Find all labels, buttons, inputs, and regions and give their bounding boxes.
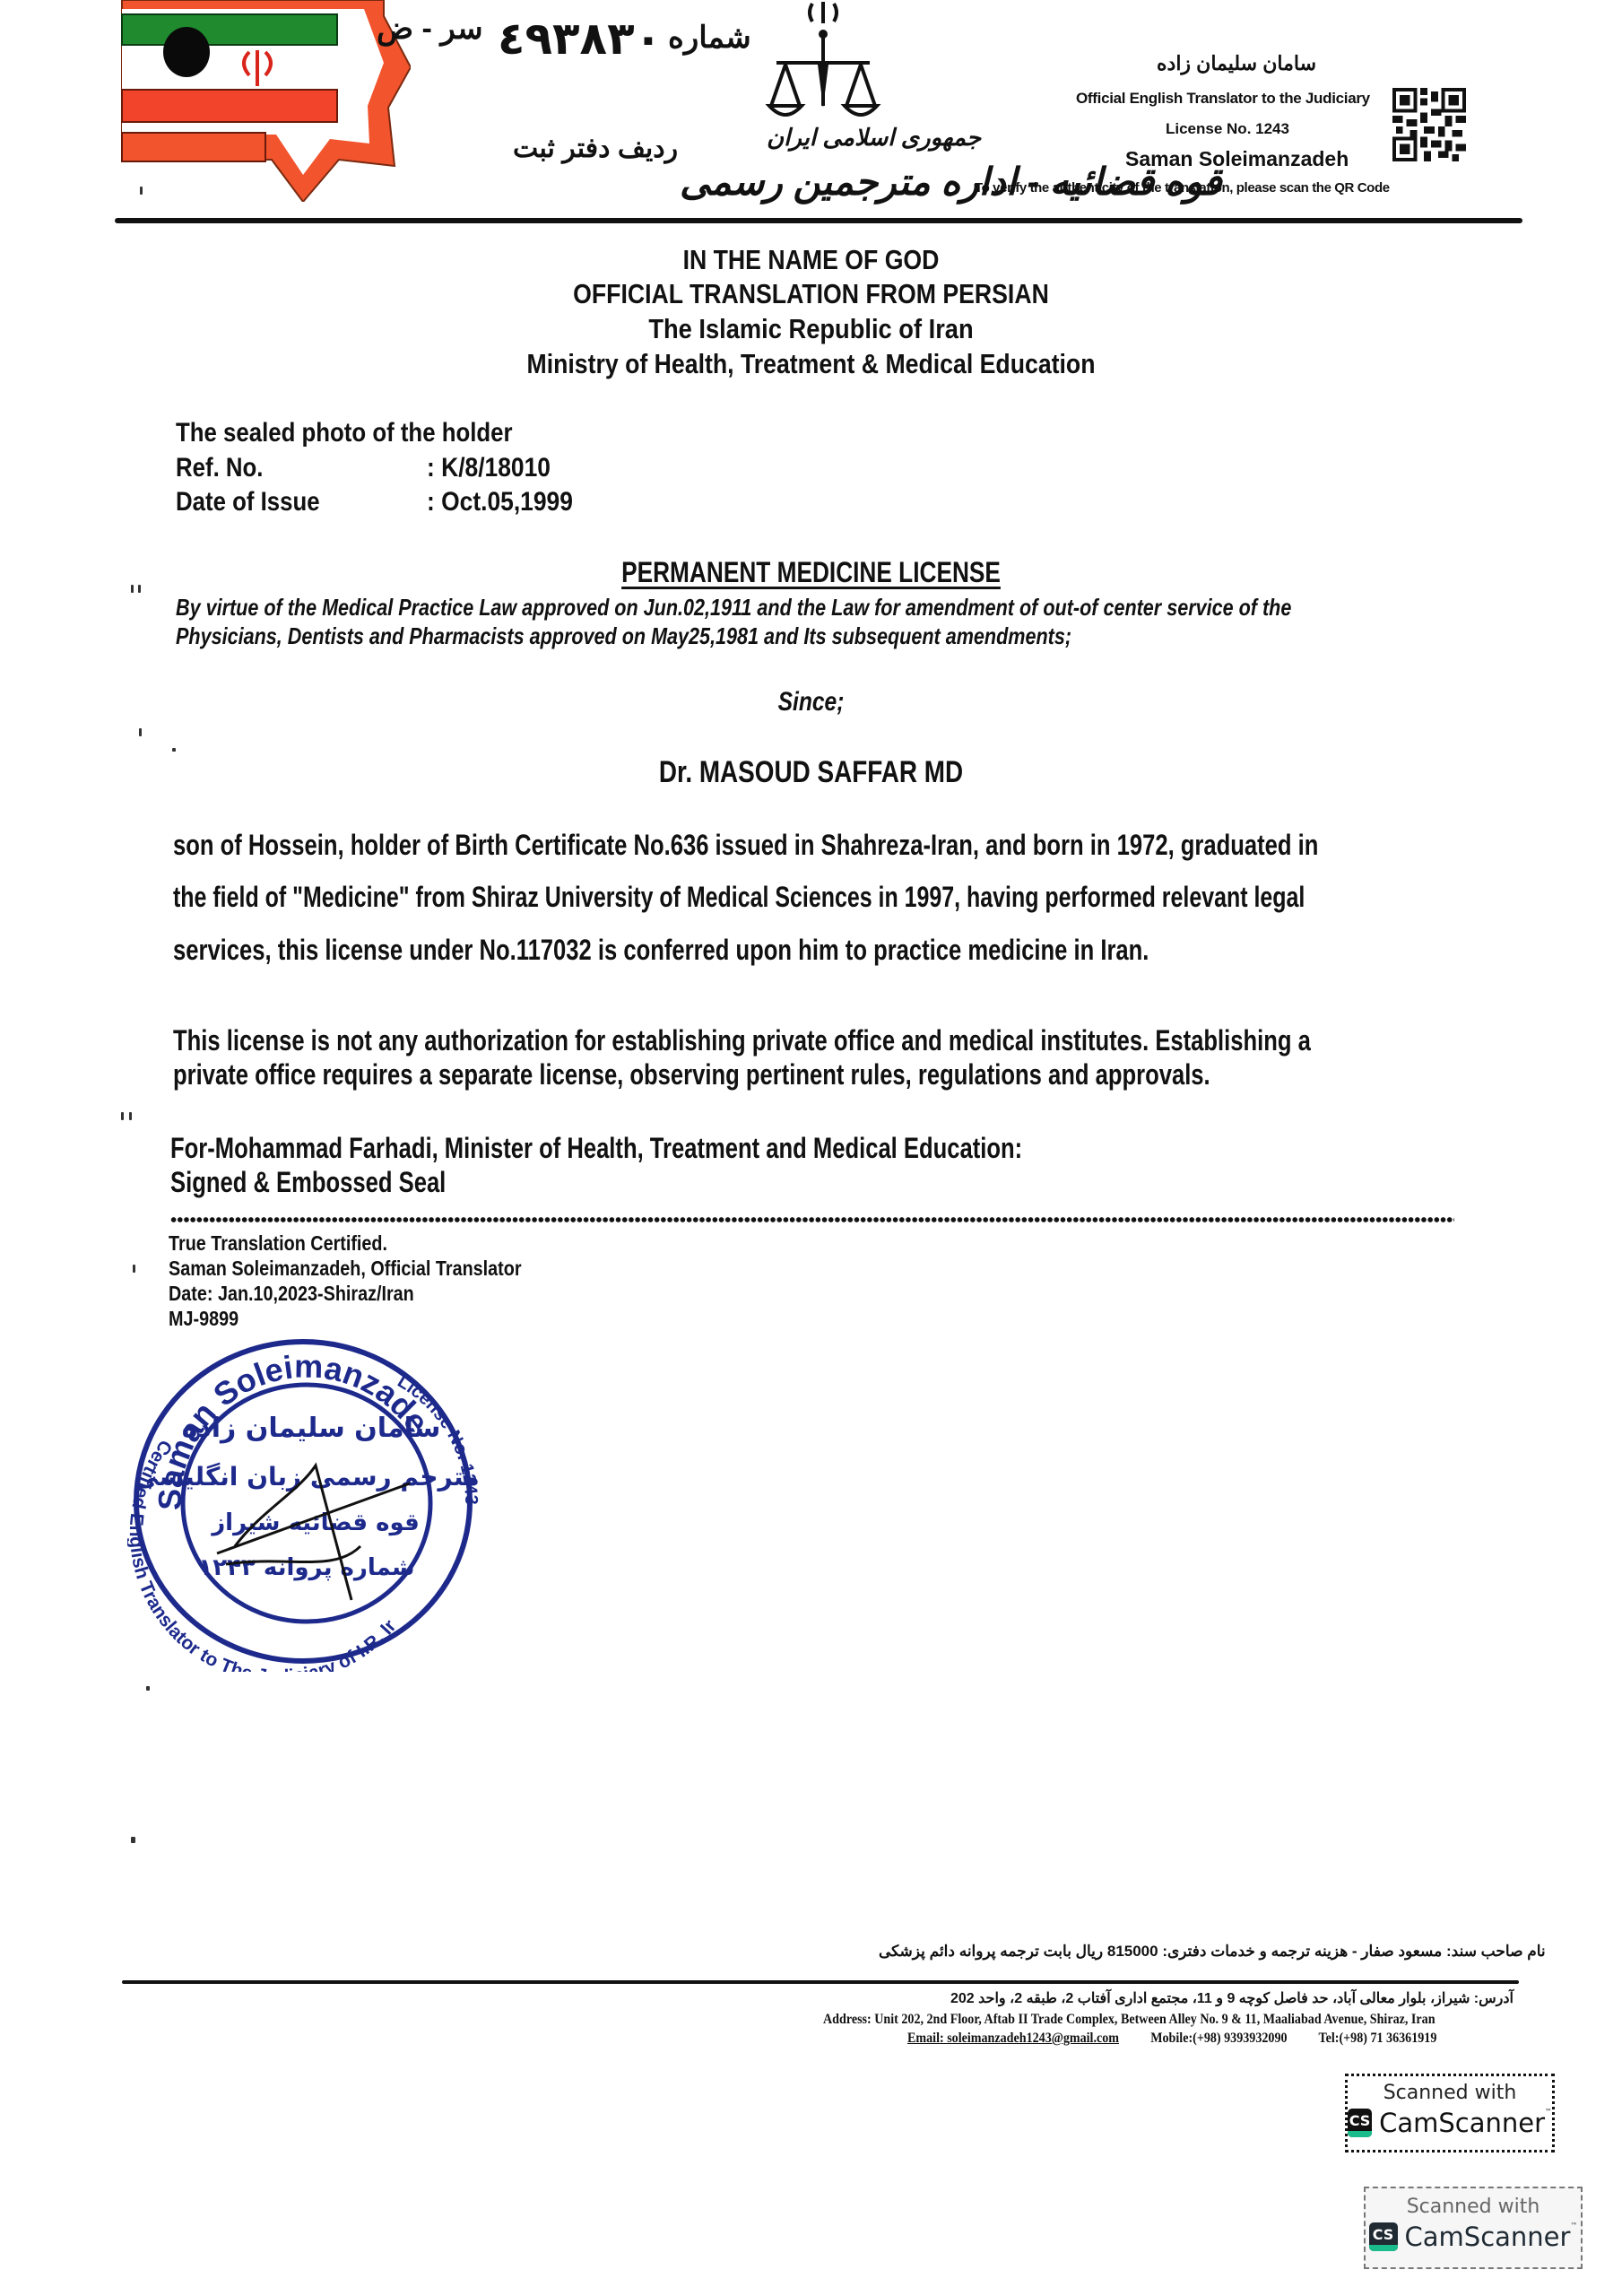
issue-date-label: Date of Issue <box>176 487 320 517</box>
translator-name-fa: سامان سلیمان زاده <box>1157 52 1316 75</box>
margin-mark <box>140 187 143 195</box>
seal-inner-judiciary-fa: قوه قضائیه شیراز <box>210 1509 420 1536</box>
signer-line: For-Mohammad Farhadi, Minister of Health… <box>170 1132 1022 1165</box>
margin-mark <box>138 585 141 593</box>
margin-mark <box>146 1686 150 1691</box>
footer-divider <box>122 1980 1519 1984</box>
certification-date: Date: Jan.10,2023-Shiraz/Iran <box>169 1282 414 1306</box>
seal-inner-license-fa: شماره پروانه ۱۲۴۳ <box>198 1554 414 1581</box>
verify-note: To verify the authenticity of the transl… <box>975 180 1390 196</box>
watermark-caption: Scanned with <box>1348 2082 1552 2104</box>
camscanner-watermark: Scanned with CS CamScanner™ <box>1345 2074 1555 2152</box>
holder-name: Dr. MASOUD SAFFAR MD <box>146 755 1476 790</box>
address-en: Address: Unit 202, 2nd Floor, Aftab II T… <box>823 2012 1436 2028</box>
watermark-caption: Scanned with <box>1366 2196 1581 2218</box>
seal-inner-name-fa: سامان سلیمان زاده <box>182 1413 441 1444</box>
serial-label: شماره <box>668 20 751 56</box>
republic-name-fa: جمهوری اسلامی ایران <box>767 124 981 152</box>
issue-date-value: : Oct.05,1999 <box>427 487 573 517</box>
ref-number-label: Ref. No. <box>176 453 263 483</box>
watermark-brand: CamScanner™ <box>1405 2222 1578 2252</box>
contact-row: Email: soleimanzadeh1243@gmail.com Mobil… <box>907 2031 1436 2047</box>
license-notice-line: This license is not any authorization fo… <box>173 1024 1311 1057</box>
license-body-line: services, this license under No.117032 i… <box>173 934 1149 967</box>
photo-note: The sealed photo of the holder <box>176 418 513 448</box>
license-body-line: son of Hossein, holder of Birth Certific… <box>173 829 1318 862</box>
ministry-title: Ministry of Health, Treatment & Medical … <box>114 348 1509 380</box>
mobile-number: Mobile:(+98) 9393932090 <box>1150 2031 1287 2046</box>
margin-mark <box>131 585 134 593</box>
license-heading: PERMANENT MEDICINE LICENSE <box>146 556 1476 589</box>
margin-mark <box>172 748 176 752</box>
certification-line: Saman Soleimanzadeh, Official Translator <box>169 1257 522 1281</box>
certification-line: True Translation Certified. <box>169 1231 387 1256</box>
header-divider <box>115 218 1522 223</box>
serial-prefix: سر - ض <box>377 11 483 47</box>
telephone-number: Tel:(+98) 71 36361919 <box>1318 2031 1436 2046</box>
scales-of-justice-icon <box>760 0 886 126</box>
dotted-divider <box>170 1216 1454 1223</box>
register-row-label: ردیف دفتر ثبت <box>513 133 678 164</box>
invocation-title: IN THE NAME OF GOD <box>114 244 1509 276</box>
margin-mark <box>139 728 142 736</box>
fee-note-fa: نام صاحب سند: مسعود صفار - هزینه ترجمه و… <box>879 1943 1546 1961</box>
translator-role: Official English Translator to the Judic… <box>1076 90 1370 108</box>
camscanner-logo-icon: CS <box>1348 2109 1372 2137</box>
preamble-line: Physicians, Dentists and Pharmacists app… <box>176 622 1270 650</box>
camscanner-logo-icon: CS <box>1369 2222 1398 2251</box>
watermark-brand: CamScanner™ <box>1379 2108 1552 2138</box>
iran-flag-emblem-icon <box>115 0 411 202</box>
email-link[interactable]: Email: soleimanzadeh1243@gmail.com <box>907 2031 1119 2046</box>
ref-number-value: : K/8/18010 <box>427 453 551 483</box>
serial-number: ٤٩٣٨٣٠ <box>498 13 662 65</box>
margin-mark <box>129 1112 132 1120</box>
translator-license: License No. 1243 <box>1166 120 1289 138</box>
since-label: Since; <box>146 687 1476 717</box>
preamble-line: By virtue of the Medical Practice Law ap… <box>176 594 1270 622</box>
license-notice-line: private office requires a separate licen… <box>173 1058 1210 1091</box>
margin-mark <box>133 1265 135 1273</box>
translator-seal-stamp: Saman Soleimanzadeh License No. 1243 Cer… <box>127 1331 479 1672</box>
margin-mark <box>121 1112 124 1120</box>
qr-code-icon[interactable] <box>1392 86 1466 163</box>
translator-name-en: Saman Soleimanzadeh <box>1125 147 1349 171</box>
address-fa: آدرس: شیراز، بلوار معالی آباد، حد فاصل ک… <box>950 1989 1514 2007</box>
license-body-line: the field of "Medicine" from Shiraz Univ… <box>173 881 1305 914</box>
certification-code: MJ-9899 <box>169 1307 239 1331</box>
translation-title: OFFICIAL TRANSLATION FROM PERSIAN <box>114 278 1509 310</box>
country-title: The Islamic Republic of Iran <box>98 313 1525 345</box>
margin-mark <box>131 1837 135 1843</box>
signature-note: Signed & Embossed Seal <box>170 1166 446 1199</box>
camscanner-watermark: Scanned with CS CamScanner™ <box>1364 2187 1583 2269</box>
